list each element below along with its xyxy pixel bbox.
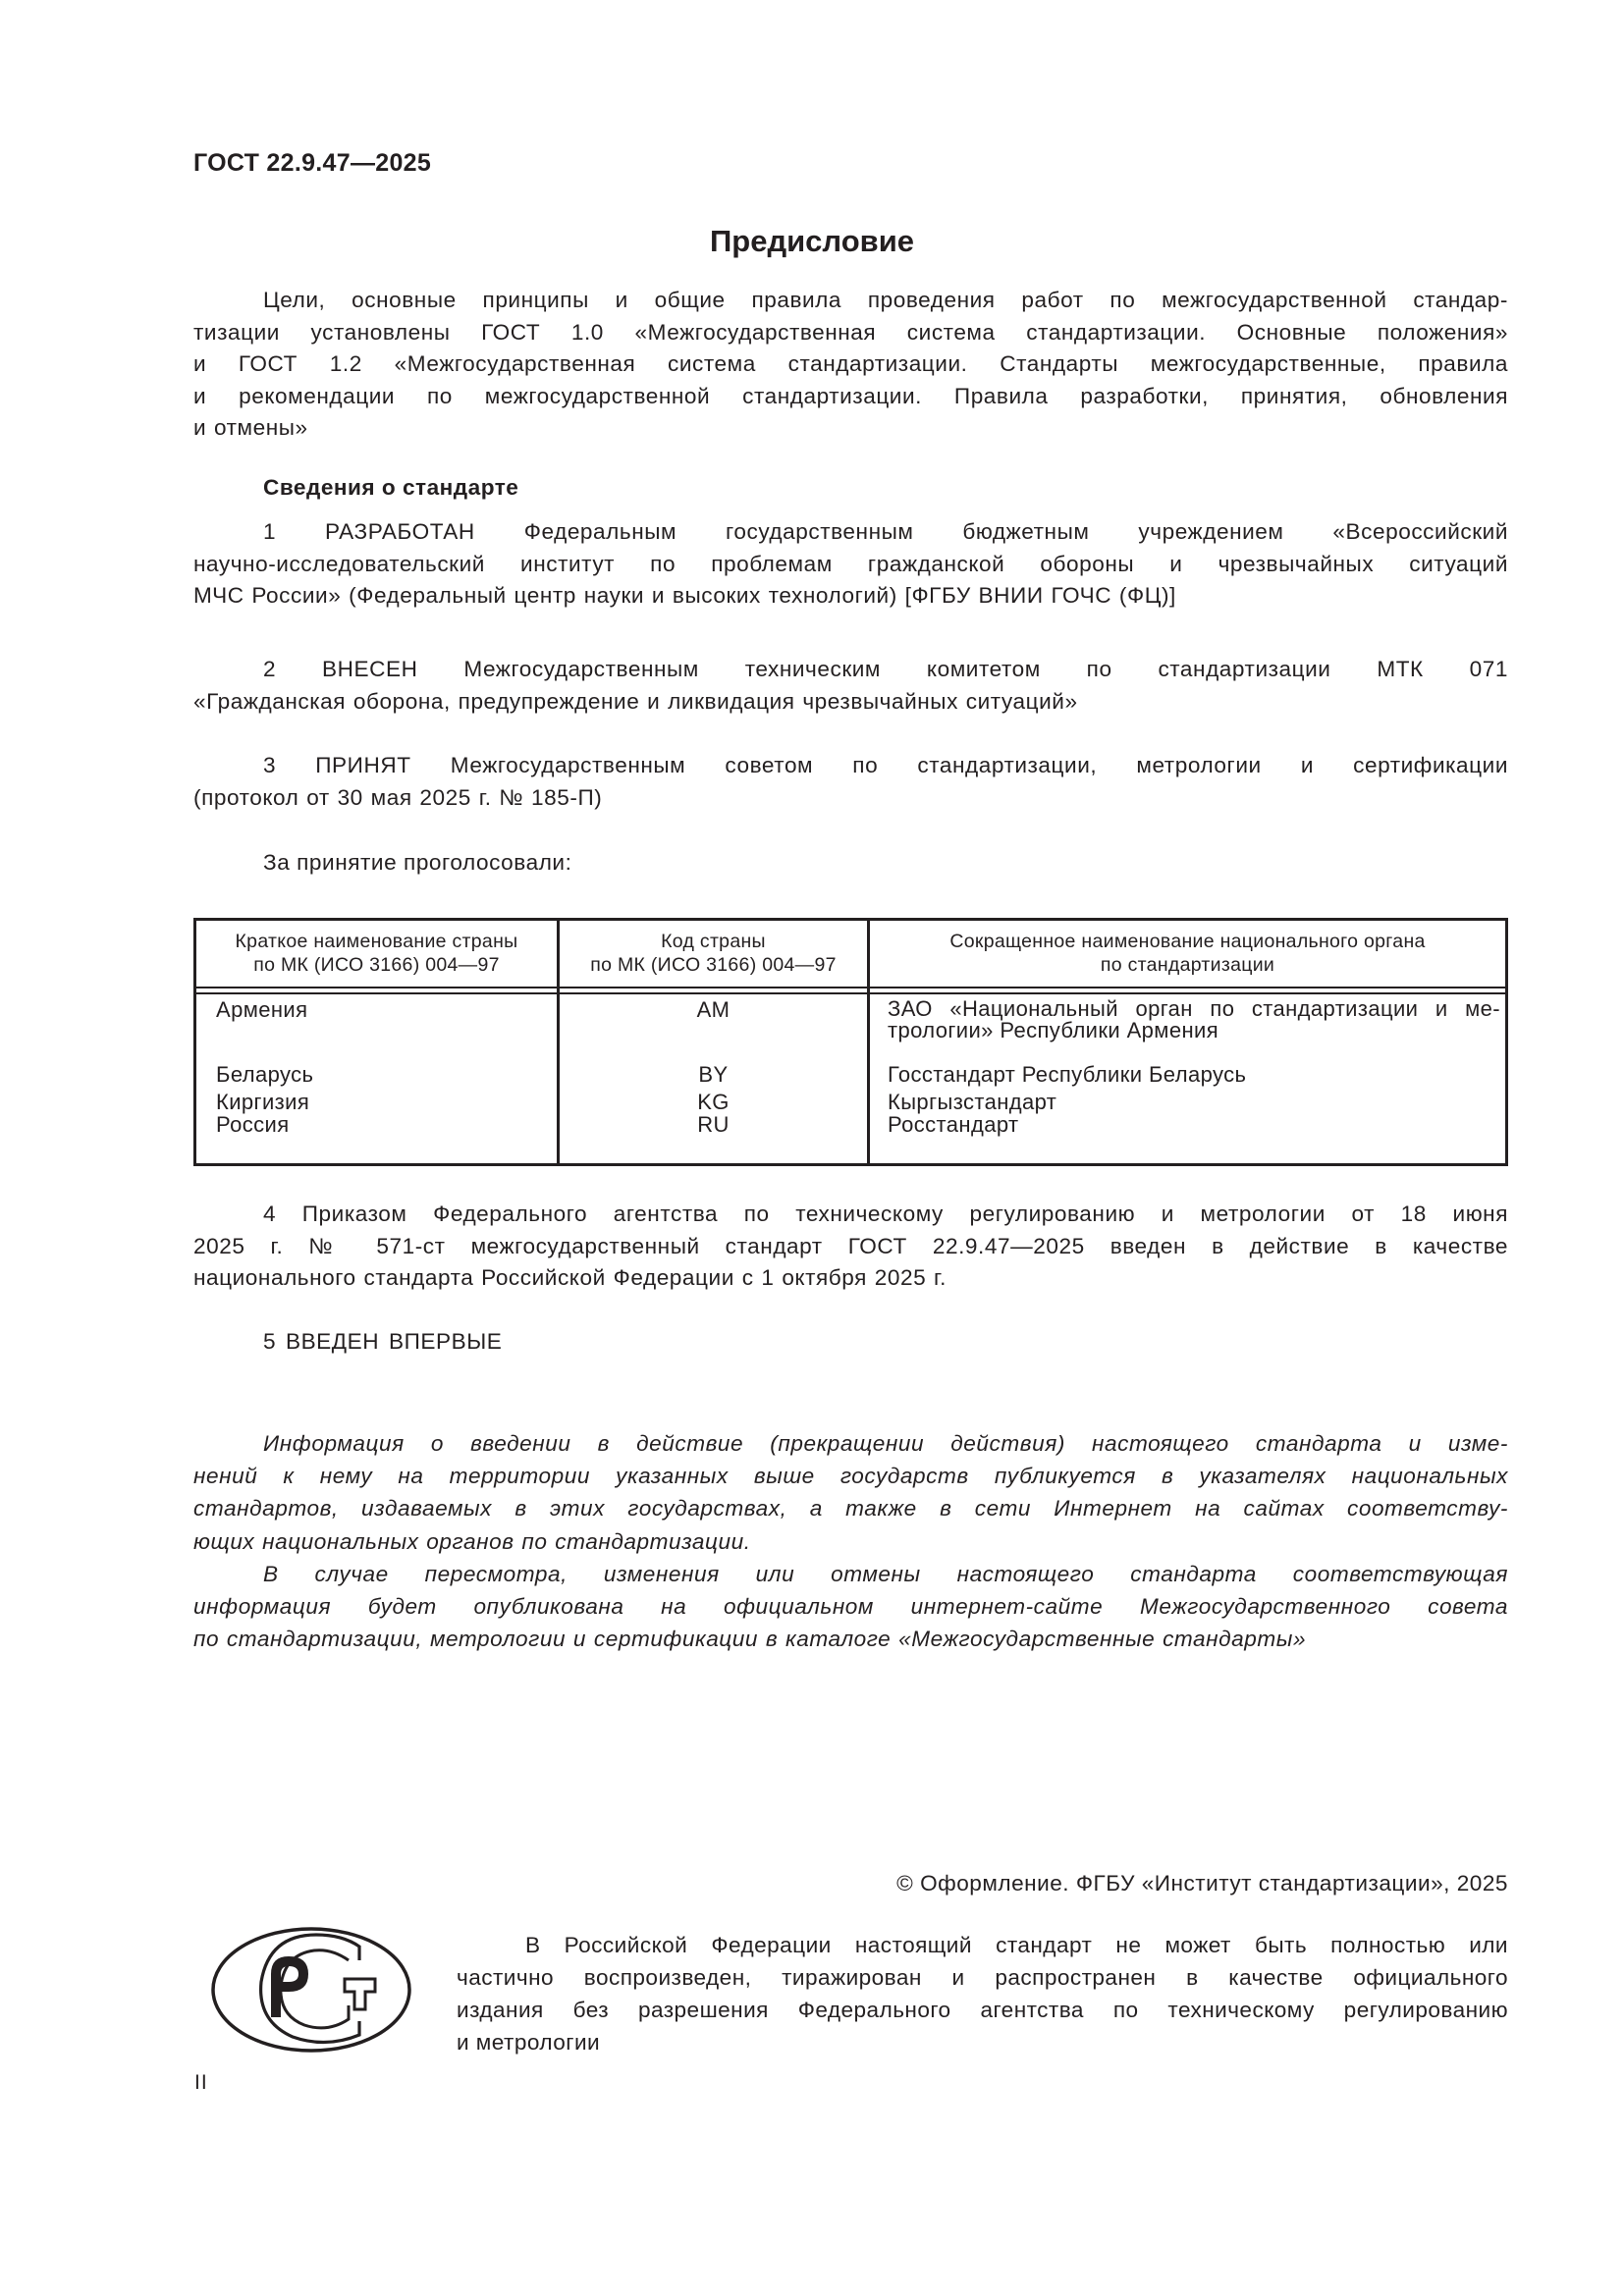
section-5-first-introduced: 5 ВВЕДЕН ВПЕРВЫЕ bbox=[263, 1329, 502, 1355]
table-row-armenia-body: ЗАО «Национальный орган по стандартизаци… bbox=[888, 998, 1500, 1041]
text-line: научно-исследовательский институт по про… bbox=[193, 549, 1508, 581]
text-line: национального стандарта Российской Федер… bbox=[193, 1262, 1508, 1295]
text-line: МЧС России» (Федеральный центр науки и в… bbox=[193, 580, 1508, 613]
page-title: Предисловие bbox=[0, 224, 1624, 259]
table-row-russia-body: Росстандарт bbox=[888, 1113, 1018, 1136]
table-row-belarus-country: Беларусь bbox=[216, 1063, 313, 1086]
text-line: информация будет опубликована на официал… bbox=[193, 1590, 1508, 1623]
text-line: и метрологии bbox=[457, 2026, 1508, 2058]
section-2-submitted: 2 ВНЕСЕН Межгосударственным техническим … bbox=[193, 654, 1508, 718]
page-number: II bbox=[194, 2071, 208, 2095]
text-line: В случае пересмотра, изменения или отмен… bbox=[193, 1558, 1508, 1590]
table-row-belarus-code: BY bbox=[560, 1063, 867, 1086]
table-row-kyrgyzstan-code: KG bbox=[560, 1091, 867, 1113]
table-row-armenia-country: Армения bbox=[216, 993, 307, 1026]
table-row-russia-country: Россия bbox=[216, 1113, 290, 1136]
text-line: ющих национальных органов по стандартиза… bbox=[193, 1525, 1508, 1558]
column-header-country: Краткое наименование страны по МК (ИСО 3… bbox=[196, 930, 557, 977]
copyright-notice: © Оформление. ФГБУ «Институт стандартиза… bbox=[896, 1871, 1508, 1896]
text-line: нений к нему на территории указанных выш… bbox=[193, 1460, 1508, 1492]
text-line: Цели, основные принципы и общие правила … bbox=[193, 285, 1508, 317]
header-divider bbox=[196, 987, 1505, 988]
section-1-developed: 1 РАЗРАБОТАН Федеральным государственным… bbox=[193, 516, 1508, 613]
text-line: Информация о введении в действие (прекра… bbox=[193, 1427, 1508, 1460]
column-header-national-body: Сокращенное наименование национального о… bbox=[870, 930, 1505, 977]
voting-countries-table: Краткое наименование страны по МК (ИСО 3… bbox=[193, 918, 1508, 1166]
text-line: 4 Приказом Федерального агентства по тех… bbox=[193, 1199, 1508, 1231]
text-line: (протокол от 30 мая 2025 г. № 185-П) bbox=[193, 782, 1508, 815]
text-line: и отмены» bbox=[193, 412, 1508, 445]
table-row-armenia-code: AM bbox=[560, 993, 867, 1026]
table-row-belarus-body: Госстандарт Республики Беларусь bbox=[888, 1063, 1246, 1086]
text-line: 3 ПРИНЯТ Межгосударственным советом по с… bbox=[193, 750, 1508, 782]
table-row-russia-code: RU bbox=[560, 1113, 867, 1136]
section-3-adopted: 3 ПРИНЯТ Межгосударственным советом по с… bbox=[193, 750, 1508, 814]
column-header-code: Код страны по МК (ИСО 3166) 004—97 bbox=[560, 930, 867, 977]
text-line: по стандартизации, метрологии и сертифик… bbox=[193, 1623, 1508, 1655]
text-line: и рекомендации по межгосударственной ста… bbox=[193, 381, 1508, 413]
notice-paragraph-2: В случае пересмотра, изменения или отмен… bbox=[193, 1558, 1508, 1656]
text-line: издания без разрешения Федерального аген… bbox=[457, 1994, 1508, 2026]
table-row-kyrgyzstan-country: Киргизия bbox=[216, 1091, 309, 1113]
text-line: 2 ВНЕСЕН Межгосударственным техническим … bbox=[193, 654, 1508, 686]
text-line: тизации установлены ГОСТ 1.0 «Межгосудар… bbox=[193, 317, 1508, 349]
text-line: «Гражданская оборона, предупреждение и л… bbox=[193, 686, 1508, 719]
notice-paragraph-1: Информация о введении в действие (прекра… bbox=[193, 1427, 1508, 1558]
text-line: стандартов, издаваемых в этих государств… bbox=[193, 1492, 1508, 1524]
reproduction-rights-notice: В Российской Федерации настоящий стандар… bbox=[457, 1929, 1508, 2058]
text-line: 1 РАЗРАБОТАН Федеральным государственным… bbox=[193, 516, 1508, 549]
text-line: частично воспроизведен, тиражирован и ра… bbox=[457, 1961, 1508, 1994]
table-row-kyrgyzstan-body: Кыргызстандарт bbox=[888, 1091, 1056, 1113]
voted-label: За принятие проголосовали: bbox=[263, 850, 571, 876]
text-line: В Российской Федерации настоящий стандар… bbox=[457, 1929, 1508, 1961]
text-line: 2025 г. № 571-ст межгосударственный стан… bbox=[193, 1231, 1508, 1263]
section-heading: Сведения о стандарте bbox=[263, 475, 518, 501]
intro-paragraph: Цели, основные принципы и общие правила … bbox=[193, 285, 1508, 445]
rst-certification-mark-icon bbox=[210, 1925, 412, 2055]
section-4-order: 4 Приказом Федерального агентства по тех… bbox=[193, 1199, 1508, 1295]
document-code: ГОСТ 22.9.47—2025 bbox=[193, 149, 431, 178]
text-line: и ГОСТ 1.2 «Межгосударственная система с… bbox=[193, 348, 1508, 381]
